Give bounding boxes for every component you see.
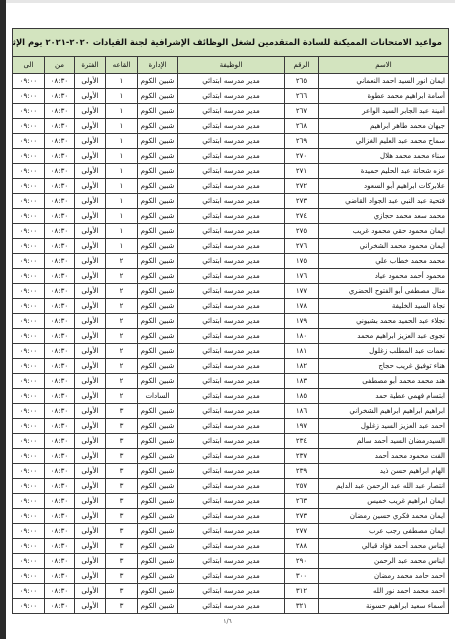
cell-job: مدير مدرسه ابتدائي [178,419,285,434]
table-row: ايمان ابراهيم غريب خميس٢٦٣مدير مدرسه ابت… [13,494,449,509]
cell-admin: شبين الكوم [138,179,178,194]
cell-from: ٠٨:٣٠ [45,224,75,239]
cell-admin: شبين الكوم [138,404,178,419]
cell-room: ٣ [106,524,138,539]
cell-to: ٠٩:٠٠ [13,344,45,359]
cell-name: الفت محمود محمد أحمد [319,449,449,464]
cell-job: مدير مدرسه ابتدائي [178,284,285,299]
cell-name: الهام ابراهيم حسن ذيد [319,464,449,479]
cell-number: ٢٧١ [285,164,319,179]
cell-number: ٢٦٧ [285,104,319,119]
table-row: عزه شحاتة عبد الحليم حميدة٢٧١مدير مدرسه … [13,164,449,179]
cell-to: ٠٩:٠٠ [13,119,45,134]
cell-admin: شبين الكوم [138,89,178,104]
column-header-from: من [45,57,75,74]
column-header-period: الفترة [75,57,106,74]
cell-room: ٢ [106,389,138,404]
cell-name: جيهان محمد طاهر ابراهيم [319,119,449,134]
cell-to: ٠٩:٠٠ [13,359,45,374]
cell-to: ٠٩:٠٠ [13,164,45,179]
cell-room: ٣ [106,449,138,464]
cell-number: ٢٣٩ [285,464,319,479]
cell-from: ٠٨:٣٠ [45,194,75,209]
cell-admin: شبين الكوم [138,164,178,179]
table-row: فتحية عبد النبي عبد الجواد القاضي٢٧٣مدير… [13,194,449,209]
cell-room: ٣ [106,539,138,554]
cell-to: ٠٩:٠٠ [13,419,45,434]
cell-number: ١٧٧ [285,284,319,299]
cell-job: مدير مدرسه ابتدائي [178,479,285,494]
cell-admin: شبين الكوم [138,194,178,209]
cell-period: الأولى [75,269,106,284]
cell-to: ٠٩:٠٠ [13,464,45,479]
cell-from: ٠٨:٣٠ [45,119,75,134]
cell-period: الأولى [75,599,106,614]
cell-number: ٢٧٧ [285,524,319,539]
cell-period: الأولى [75,209,106,224]
cell-period: الأولى [75,299,106,314]
table-row: احمد عبد العزيز السيد زغلول١٩٧مدير مدرسه… [13,419,449,434]
cell-name: هناء توفيق غريب حجاج [319,359,449,374]
cell-name: نجوى عبد العزيز ابراهيم محمد [319,329,449,344]
cell-number: ١٨٣ [285,374,319,389]
cell-to: ٠٩:٠٠ [13,494,45,509]
cell-job: مدير مدرسه ابتدائي [178,89,285,104]
cell-period: الأولى [75,584,106,599]
cell-from: ٠٨:٣٠ [45,479,75,494]
cell-name: ايمان ابراهيم غريب خميس [319,494,449,509]
cell-from: ٠٨:٣٠ [45,554,75,569]
cell-number: ٢٧٣ [285,509,319,524]
table-row: هند محمد محمد أبو مصطفى١٨٣مدير مدرسه ابت… [13,374,449,389]
table-row: أسماء سعيد ابراهيم حسونة٣٢١مدير مدرسه اب… [13,599,449,614]
cell-to: ٠٩:٠٠ [13,224,45,239]
cell-name: نجاة السيد الخليفة [319,299,449,314]
cell-room: ٣ [106,464,138,479]
cell-name: علابركات ابراهيم أبو السعود [319,179,449,194]
cell-room: ١ [106,74,138,89]
cell-name: انتصار عبد الله عبد الرحمن عبد الدايم [319,479,449,494]
cell-from: ٠٨:٣٠ [45,329,75,344]
cell-to: ٠٩:٠٠ [13,254,45,269]
cell-admin: شبين الكوم [138,464,178,479]
cell-room: ١ [106,104,138,119]
cell-admin: شبين الكوم [138,224,178,239]
cell-admin: شبين الكوم [138,149,178,164]
cell-from: ٠٨:٣٠ [45,104,75,119]
cell-period: الأولى [75,359,106,374]
header-row: الاسم الرقم الوظيفة الإدارة القاعه الفتر… [13,57,449,74]
cell-admin: شبين الكوم [138,209,178,224]
cell-to: ٠٩:٠٠ [13,404,45,419]
cell-room: ٢ [106,314,138,329]
cell-job: مدير مدرسه ابتدائي [178,269,285,284]
cell-job: مدير مدرسه ابتدائي [178,164,285,179]
cell-to: ٠٩:٠٠ [13,299,45,314]
cell-room: ٣ [106,599,138,614]
cell-number: ٢٧٠ [285,149,319,164]
cell-admin: شبين الكوم [138,329,178,344]
cell-number: ٢٧٥ [285,224,319,239]
cell-number: ٢٩٠ [285,554,319,569]
cell-from: ٠٨:٣٠ [45,509,75,524]
cell-room: ٣ [106,404,138,419]
cell-period: الأولى [75,539,106,554]
cell-to: ٠٩:٠٠ [13,284,45,299]
cell-room: ٣ [106,584,138,599]
cell-admin: شبين الكوم [138,254,178,269]
cell-to: ٠٩:٠٠ [13,269,45,284]
cell-period: الأولى [75,404,106,419]
cell-job: مدير مدرسه ابتدائي [178,119,285,134]
column-header-room: القاعه [106,57,138,74]
cell-admin: شبين الكوم [138,419,178,434]
cell-admin: شبين الكوم [138,314,178,329]
table-row: نجلاء عبد الحميد محمد بشيوني١٧٩مدير مدرس… [13,314,449,329]
cell-name: ايمان محمود حقي محمود غريب [319,224,449,239]
column-header-number: الرقم [285,57,319,74]
cell-room: ٣ [106,569,138,584]
cell-admin: شبين الكوم [138,104,178,119]
cell-job: مدير مدرسه ابتدائي [178,434,285,449]
table-row: ابراهيم ابراهيم ابراهيم الشخراني١٨٦مدير … [13,404,449,419]
cell-name: سماح محمد عبد العليم الغزالي [319,134,449,149]
cell-to: ٠٩:٠٠ [13,74,45,89]
cell-job: مدير مدرسه ابتدائي [178,359,285,374]
cell-admin: شبين الكوم [138,119,178,134]
cell-period: الأولى [75,434,106,449]
cell-name: نجلاء عبد الحميد محمد بشيوني [319,314,449,329]
cell-name: عزه شحاتة عبد الحليم حميدة [319,164,449,179]
cell-period: الأولى [75,344,106,359]
cell-from: ٠٨:٣٠ [45,374,75,389]
cell-from: ٠٨:٣٠ [45,179,75,194]
cell-to: ٠٩:٠٠ [13,149,45,164]
cell-admin: شبين الكوم [138,509,178,524]
cell-room: ٣ [106,419,138,434]
cell-admin: شبين الكوم [138,134,178,149]
cell-room: ٢ [106,269,138,284]
cell-period: الأولى [75,149,106,164]
cell-from: ٠٨:٣٠ [45,584,75,599]
table-row: انتصار عبد الله عبد الرحمن عبد الدايم٢٥٧… [13,479,449,494]
cell-admin: شبين الكوم [138,554,178,569]
cell-admin: شبين الكوم [138,299,178,314]
cell-room: ١ [106,179,138,194]
table-row: محمد سعد محمد حجازي٢٧٤مدير مدرسه ابتدائي… [13,209,449,224]
cell-job: مدير مدرسه ابتدائي [178,149,285,164]
cell-room: ٣ [106,554,138,569]
cell-period: الأولى [75,284,106,299]
cell-room: ٢ [106,284,138,299]
cell-room: ١ [106,164,138,179]
cell-admin: شبين الكوم [138,284,178,299]
cell-period: الأولى [75,569,106,584]
table-row: جيهان محمد طاهر ابراهيم٢٦٨مدير مدرسه ابت… [13,119,449,134]
cell-job: مدير مدرسه ابتدائي [178,539,285,554]
cell-number: ٢٥٧ [285,479,319,494]
cell-job: مدير مدرسه ابتدائي [178,524,285,539]
cell-number: ٢٣٤ [285,434,319,449]
cell-job: مدير مدرسه ابتدائي [178,344,285,359]
cell-admin: شبين الكوم [138,269,178,284]
cell-name: احمد حامد محمد رمضان [319,569,449,584]
cell-from: ٠٨:٣٠ [45,284,75,299]
table-row: نعمات عبد المطلب زغلول١٨١مدير مدرسه ابتد… [13,344,449,359]
cell-job: مدير مدرسه ابتدائي [178,464,285,479]
cell-admin: شبين الكوم [138,599,178,614]
cell-admin: شبين الكوم [138,569,178,584]
cell-name: هند محمد محمد أبو مصطفى [319,374,449,389]
table-row: ابتسام فهمي عطية حمد١٨٥مدير مدرسه ابتدائ… [13,389,449,404]
cell-from: ٠٨:٣٠ [45,209,75,224]
cell-from: ٠٨:٣٠ [45,344,75,359]
cell-admin: السادات [138,389,178,404]
cell-room: ١ [106,194,138,209]
cell-number: ٢٦٩ [285,134,319,149]
cell-to: ٠٩:٠٠ [13,104,45,119]
cell-admin: شبين الكوم [138,479,178,494]
cell-number: ٢٨٨ [285,539,319,554]
table-row: سماح محمد عبد العليم الغزالي٢٦٩مدير مدرس… [13,134,449,149]
cell-job: مدير مدرسه ابتدائي [178,104,285,119]
cell-number: ٢٧٤ [285,209,319,224]
cell-from: ٠٨:٣٠ [45,239,75,254]
cell-name: ابراهيم ابراهيم ابراهيم الشخراني [319,404,449,419]
cell-to: ٠٩:٠٠ [13,569,45,584]
cell-to: ٠٩:٠٠ [13,449,45,464]
cell-number: ١٨٦ [285,404,319,419]
cell-to: ٠٩:٠٠ [13,209,45,224]
table-row: الهام ابراهيم حسن ذيد٢٣٩مدير مدرسه ابتدا… [13,464,449,479]
cell-from: ٠٨:٣٠ [45,389,75,404]
cell-name: احمد محمد احمد نور الله [319,584,449,599]
table-row: احمد حامد محمد رمضان٣٠٠مدير مدرسه ابتدائ… [13,569,449,584]
table-row: علابركات ابراهيم أبو السعود٢٧٢مدير مدرسه… [13,179,449,194]
cell-from: ٠٨:٣٠ [45,89,75,104]
cell-period: الأولى [75,314,106,329]
cell-number: ١٨٢ [285,359,319,374]
table-row: محمود أحمد محمود عياد١٧٦مدير مدرسه ابتدا… [13,269,449,284]
cell-to: ٠٩:٠٠ [13,314,45,329]
cell-name: ابتسام فهمي عطية حمد [319,389,449,404]
cell-period: الأولى [75,74,106,89]
cell-job: مدير مدرسه ابتدائي [178,134,285,149]
cell-from: ٠٨:٣٠ [45,314,75,329]
cell-period: الأولى [75,224,106,239]
cell-admin: شبين الكوم [138,359,178,374]
cell-number: ١٧٥ [285,254,319,269]
cell-period: الأولى [75,194,106,209]
cell-from: ٠٨:٣٠ [45,599,75,614]
table-row: منال مصطفى أبو الفتوح الحضري١٧٧مدير مدرس… [13,284,449,299]
cell-to: ٠٩:٠٠ [13,434,45,449]
cell-job: مدير مدرسه ابتدائي [178,209,285,224]
cell-name: نعمات عبد المطلب زغلول [319,344,449,359]
column-header-name: الاسم [319,57,449,74]
cell-job: مدير مدرسه ابتدائي [178,494,285,509]
cell-from: ٠٨:٣٠ [45,494,75,509]
table-row: أسامة ابراهيم محمد عطوة٢٦٦مدير مدرسه ابت… [13,89,449,104]
cell-job: مدير مدرسه ابتدائي [178,314,285,329]
cell-to: ٠٩:٠٠ [13,539,45,554]
cell-from: ٠٨:٣٠ [45,254,75,269]
cell-job: مدير مدرسه ابتدائي [178,194,285,209]
cell-period: الأولى [75,449,106,464]
cell-job: مدير مدرسه ابتدائي [178,449,285,464]
cell-room: ٣ [106,494,138,509]
cell-to: ٠٩:٠٠ [13,554,45,569]
cell-name: فتحية عبد النبي عبد الجواد القاضي [319,194,449,209]
cell-name: ايناس محمد أحمد فؤاد قبالي [319,539,449,554]
cell-period: الأولى [75,239,106,254]
cell-admin: شبين الكوم [138,539,178,554]
cell-period: الأولى [75,419,106,434]
table-row: ايناس محمد عبد الرحمن٢٩٠مدير مدرسه ابتدا… [13,554,449,569]
cell-period: الأولى [75,554,106,569]
cell-name: السيدرمضان السيد أحمد سالم [319,434,449,449]
column-header-job: الوظيفة [178,57,285,74]
cell-to: ٠٩:٠٠ [13,134,45,149]
cell-job: مدير مدرسه ابتدائي [178,74,285,89]
cell-to: ٠٩:٠٠ [13,329,45,344]
cell-period: الأولى [75,104,106,119]
cell-name: ايمان مصطفى رجب عرب [319,524,449,539]
cell-room: ٢ [106,359,138,374]
cell-to: ٠٩:٠٠ [13,179,45,194]
cell-period: الأولى [75,524,106,539]
cell-period: الأولى [75,134,106,149]
cell-name: محمد سعد محمد حجازي [319,209,449,224]
cell-job: مدير مدرسه ابتدائي [178,374,285,389]
cell-from: ٠٨:٣٠ [45,74,75,89]
cell-to: ٠٩:٠٠ [13,389,45,404]
cell-from: ٠٨:٣٠ [45,539,75,554]
cell-number: ٢٧٢ [285,179,319,194]
cell-job: مدير مدرسه ابتدائي [178,569,285,584]
table-row: ايمان محمد فكري حسين رمضان٢٧٣مدير مدرسه … [13,509,449,524]
table-row: ايمان محمود حقي محمود غريب٢٧٥مدير مدرسه … [13,224,449,239]
cell-to: ٠٩:٠٠ [13,599,45,614]
cell-room: ١ [106,119,138,134]
cell-job: مدير مدرسه ابتدائي [178,299,285,314]
cell-number: ١٨٥ [285,389,319,404]
cell-period: الأولى [75,494,106,509]
table-row: احمد محمد احمد نور الله٣١٢مدير مدرسه ابت… [13,584,449,599]
cell-from: ٠٨:٣٠ [45,299,75,314]
cell-job: مدير مدرسه ابتدائي [178,224,285,239]
cell-period: الأولى [75,464,106,479]
cell-period: الأولى [75,389,106,404]
cell-from: ٠٨:٣٠ [45,359,75,374]
table-body: ايمان انور السيد احمد النعماني٢٦٥مدير مد… [13,74,449,614]
cell-room: ٢ [106,329,138,344]
exam-schedule-table: مواعيد الامتحانات المميكنة للسادة المتقد… [12,28,449,614]
cell-period: الأولى [75,479,106,494]
cell-name: ايناس محمد عبد الرحمن [319,554,449,569]
cell-room: ٢ [106,374,138,389]
cell-room: ١ [106,209,138,224]
cell-to: ٠٩:٠٠ [13,239,45,254]
cell-admin: شبين الكوم [138,239,178,254]
cell-admin: شبين الكوم [138,494,178,509]
cell-job: مدير مدرسه ابتدائي [178,509,285,524]
cell-room: ١ [106,134,138,149]
cell-number: ٣١٢ [285,584,319,599]
cell-job: مدير مدرسه ابتدائي [178,404,285,419]
cell-period: الأولى [75,164,106,179]
table-row: ايناس محمد أحمد فؤاد قبالي٢٨٨مدير مدرسه … [13,539,449,554]
cell-room: ٣ [106,434,138,449]
cell-room: ٣ [106,479,138,494]
page-top-edge [0,0,455,3]
cell-name: أسماء سعيد ابراهيم حسونة [319,599,449,614]
cell-number: ١٧٦ [285,269,319,284]
cell-from: ٠٨:٣٠ [45,524,75,539]
cell-admin: شبين الكوم [138,74,178,89]
cell-period: الأولى [75,89,106,104]
cell-room: ١ [106,239,138,254]
cell-number: ٣٢١ [285,599,319,614]
cell-to: ٠٩:٠٠ [13,194,45,209]
table-row: ايمان انور السيد احمد النعماني٢٦٥مدير مد… [13,74,449,89]
cell-number: ٣٠٠ [285,569,319,584]
table-row: سناء محمد محمد هلال٢٧٠مدير مدرسه ابتدائي… [13,149,449,164]
cell-number: ٢٦٦ [285,89,319,104]
cell-name: محمود أحمد محمود عياد [319,269,449,284]
cell-to: ٠٩:٠٠ [13,509,45,524]
cell-number: ٢٣٧ [285,449,319,464]
page-number: ١/٦ [0,618,455,625]
cell-from: ٠٨:٣٠ [45,434,75,449]
cell-period: الأولى [75,374,106,389]
cell-from: ٠٨:٣٠ [45,419,75,434]
cell-from: ٠٨:٣٠ [45,464,75,479]
table-row: نجاة السيد الخليفة١٧٨مدير مدرسه ابتدائيش… [13,299,449,314]
cell-job: مدير مدرسه ابتدائي [178,179,285,194]
table-row: محمد محمد خطاب علي١٧٥مدير مدرسه ابتدائيش… [13,254,449,269]
cell-job: مدير مدرسه ابتدائي [178,329,285,344]
cell-name: ايمان محمد فكري حسين رمضان [319,509,449,524]
cell-room: ٢ [106,254,138,269]
cell-admin: شبين الكوم [138,449,178,464]
document-title: مواعيد الامتحانات المميكنة للسادة المتقد… [13,29,449,57]
cell-name: ايمان انور السيد احمد النعماني [319,74,449,89]
cell-from: ٠٨:٣٠ [45,149,75,164]
cell-from: ٠٨:٣٠ [45,569,75,584]
column-header-to: الى [13,57,45,74]
cell-number: ٢٦٣ [285,494,319,509]
cell-to: ٠٩:٠٠ [13,374,45,389]
cell-room: ١ [106,89,138,104]
table-row: هناء توفيق غريب حجاج١٨٢مدير مدرسه ابتدائ… [13,359,449,374]
cell-period: الأولى [75,329,106,344]
table-row: نجوى عبد العزيز ابراهيم محمد١٨٠مدير مدرس… [13,329,449,344]
column-header-admin: الإدارة [138,57,178,74]
cell-name: منال مصطفى أبو الفتوح الحضري [319,284,449,299]
table-row: أمينة عبد الجابر السيد الواعر٢٦٧مدير مدر… [13,104,449,119]
cell-to: ٠٩:٠٠ [13,584,45,599]
cell-job: مدير مدرسه ابتدائي [178,254,285,269]
cell-name: احمد عبد العزيز السيد زغلول [319,419,449,434]
cell-number: ١٨١ [285,344,319,359]
cell-admin: شبين الكوم [138,374,178,389]
cell-name: أمينة عبد الجابر السيد الواعر [319,104,449,119]
title-row: مواعيد الامتحانات المميكنة للسادة المتقد… [13,29,449,57]
cell-number: ١٧٩ [285,314,319,329]
cell-period: الأولى [75,179,106,194]
cell-number: ١٩٧ [285,419,319,434]
